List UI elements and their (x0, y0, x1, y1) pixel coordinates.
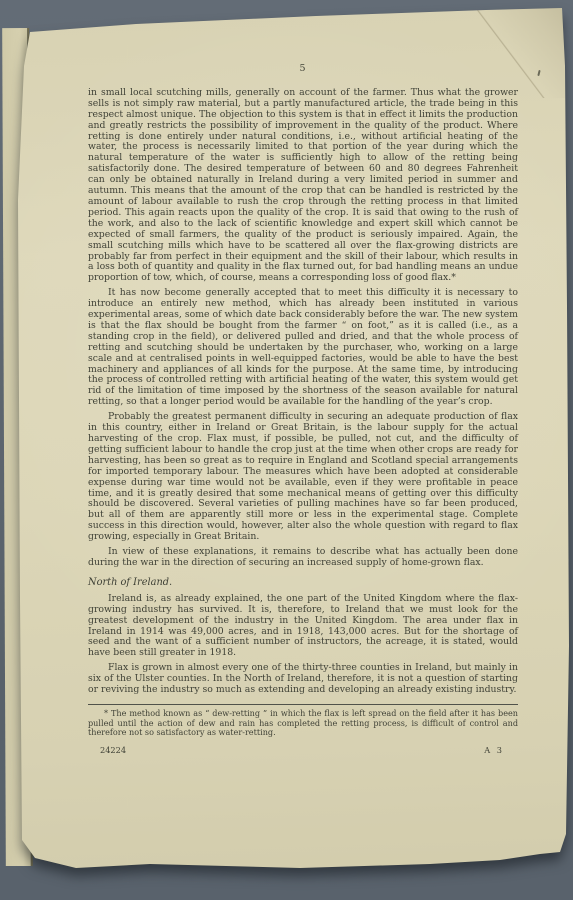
body-paragraph-1: in small local scutching mills, generall… (88, 88, 518, 284)
section-heading: North of Ireland. (88, 578, 518, 589)
page-footer: 24224 A 3 (88, 745, 518, 756)
footnote-divider (88, 704, 518, 705)
footer-print-number: 24224 (100, 745, 126, 756)
footnote-text: * The method known as “ dew-retting ” in… (88, 709, 518, 738)
page-content: 5 in small local scutching mills, genera… (88, 64, 518, 756)
body-paragraph-3: Probably the greatest permanent difficul… (88, 412, 518, 543)
body-paragraph-4: In view of these explanations, it remain… (88, 547, 518, 569)
page-number: 5 (88, 64, 518, 75)
body-paragraph-6: Flax is grown in almost every one of the… (88, 663, 518, 696)
footer-signature-mark: A 3 (484, 745, 504, 756)
body-paragraph-5: Ireland is, as already explained, the on… (88, 594, 518, 659)
body-paragraph-2: It has now become generally accepted tha… (88, 288, 518, 408)
scanned-page-photo: 5 in small local scutching mills, genera… (0, 0, 573, 900)
